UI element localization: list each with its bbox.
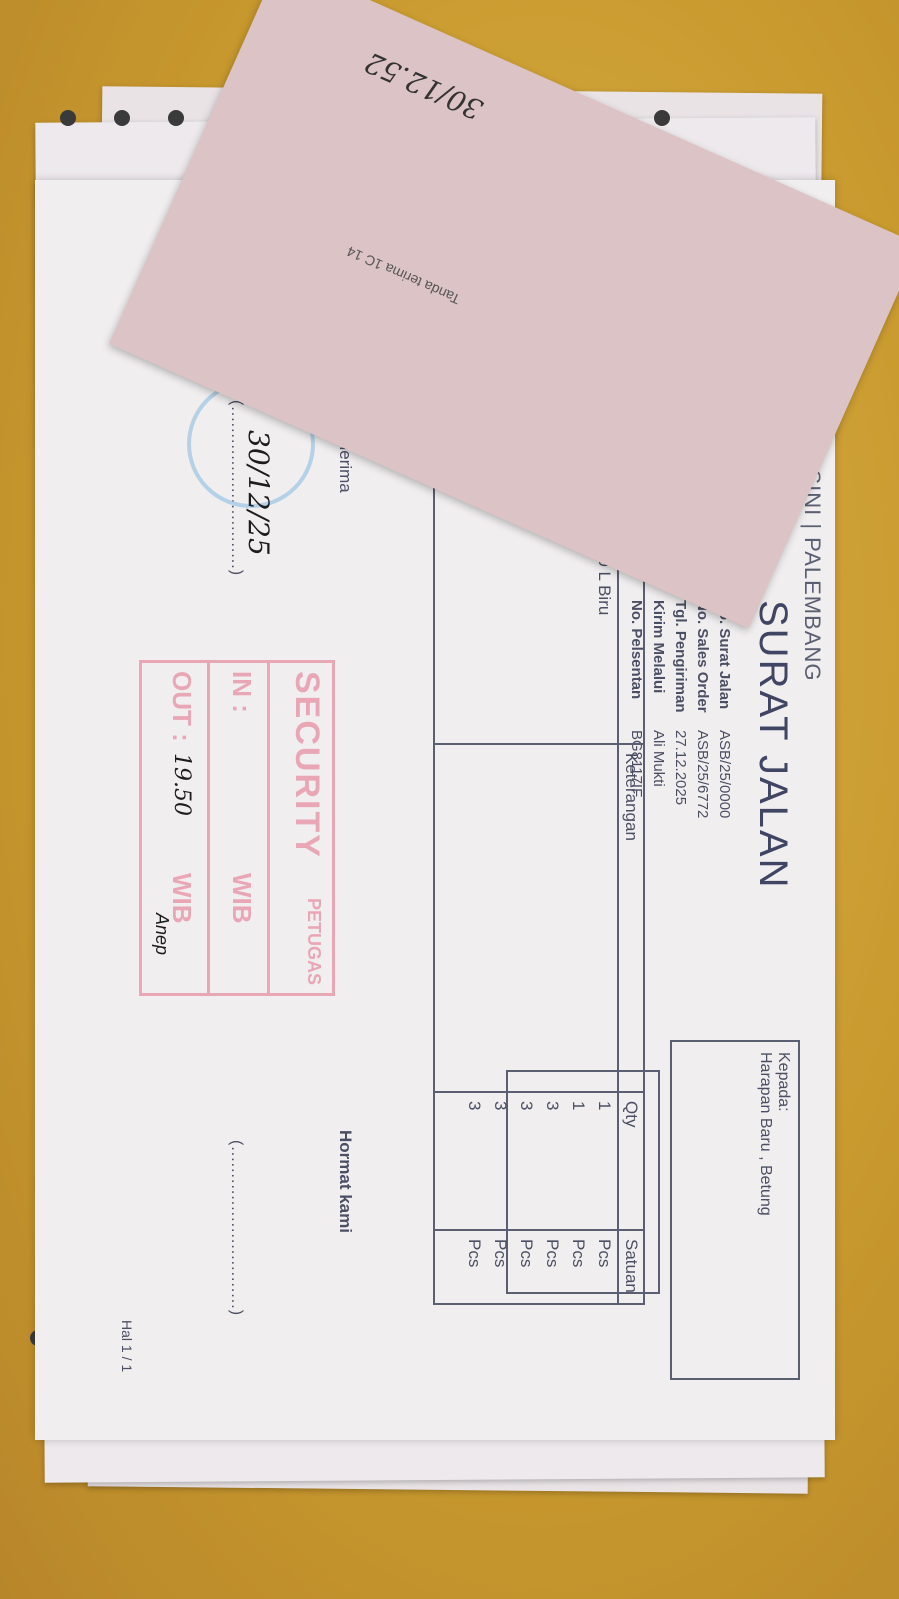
document-title: SURAT JALAN (750, 600, 795, 889)
handwritten-received-date: 30/12/25 (242, 430, 275, 556)
col-satuan: Satuan (618, 1230, 644, 1304)
recipient-box: Kepada: Harapan Baru , Betung (670, 1040, 800, 1380)
security-officer-name: Anep (151, 913, 172, 955)
sender-signature-line: (..............................) (227, 1140, 245, 1316)
security-stamp-title: SECURITY (287, 671, 326, 859)
meta-row: No. Sales Order ASB/25/6772 (691, 600, 713, 818)
sender-label: Hormat kami (335, 1130, 355, 1233)
pink-copy-text: Tanda terima 1C 14 (344, 243, 462, 307)
recipient-label: Kepada: (774, 1052, 792, 1368)
meta-row: Tgl. Pengiriman 27.12.2025 (669, 600, 691, 818)
col-keterangan: Keterangan (618, 744, 644, 1092)
recipient-name: Harapan Baru , Betung (756, 1052, 774, 1368)
security-stamp: SECURITY PETUGAS IN : WIB OUT : 19.50 WI… (139, 660, 335, 996)
pink-copy-handwriting: 30/12.52 (360, 45, 488, 126)
meta-row: No. Surat Jalan ASB/25/0000 (713, 600, 735, 818)
meta-row: Kirim Melalui Ali Mukti (647, 600, 669, 818)
col-qty: Qty (618, 1092, 644, 1230)
security-out-time: 19.50 (169, 753, 194, 816)
security-stamp-in: IN : (226, 671, 257, 713)
page-number: Hal 1 / 1 (119, 1320, 135, 1372)
security-stamp-out: OUT : (166, 671, 197, 742)
security-stamp-petugas: PETUGAS (303, 898, 324, 985)
security-stamp-wib-in: WIB (226, 873, 257, 924)
